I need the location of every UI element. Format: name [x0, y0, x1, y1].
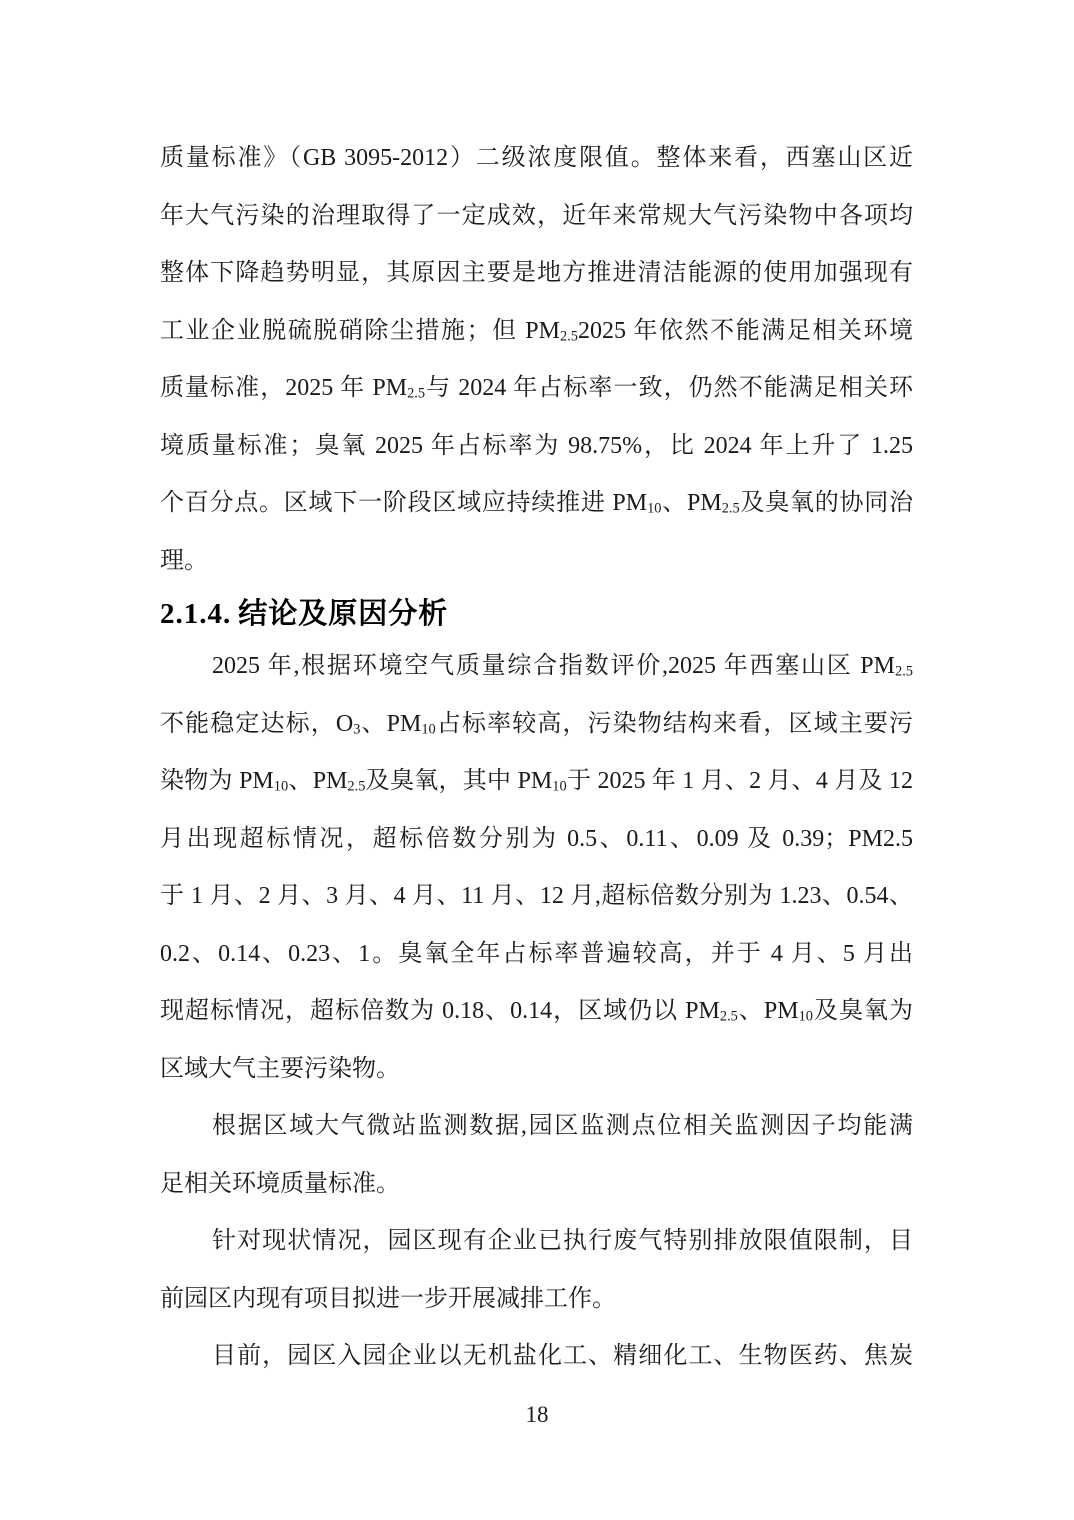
section-heading: 2.1.4.结论及原因分析	[160, 590, 913, 638]
subscript-text: 10	[647, 501, 661, 517]
subscript-text: 2.5	[560, 328, 578, 344]
text-line: 月出现超标情况，超标倍数分别为 0.5、0.11、0.09 及 0.39；PM2…	[160, 811, 913, 869]
text-line: 个百分点。区域下一阶段区域应持续推进 PM10、PM2.5及臭氧的协同治	[160, 475, 913, 533]
text-line: 年大气污染的治理取得了一定成效，近年来常规大气污染物中各项均	[160, 188, 913, 246]
document-page: 质量标准》（GB 3095-2012）二级浓度限值。整体来看，西塞山区近年大气污…	[0, 0, 1074, 1520]
text-line: 质量标准，2025 年 PM2.5与 2024 年占标率一致，仍然不能满足相关环	[160, 360, 913, 418]
text-line: 针对现状情况，园区现有企业已执行废气特别排放限值限制，目	[160, 1213, 913, 1271]
subscript-text: 10	[421, 721, 435, 737]
subscript-text: 3	[353, 721, 360, 737]
subscript-text: 2.5	[720, 1009, 738, 1025]
text-line: 质量标准》（GB 3095-2012）二级浓度限值。整体来看，西塞山区近	[160, 130, 913, 188]
subscript-text: 10	[274, 779, 288, 795]
text-line: 理。	[160, 533, 913, 591]
paragraph-enterprises: 目前，园区入园企业以无机盐化工、精细化工、生物医药、焦炭	[160, 1328, 913, 1386]
text-line: 境质量标准；臭氧 2025 年占标率为 98.75%，比 2024 年上升了 1…	[160, 418, 913, 476]
subscript-text: 10	[799, 1009, 813, 1025]
subscript-text: 2.5	[407, 386, 425, 402]
paragraph-conclusion: 2025 年,根据环境空气质量综合指数评价,2025 年西塞山区 PM2.5不能…	[160, 638, 913, 1098]
text-line: 前园区内现有项目拟进一步开展减排工作。	[160, 1271, 913, 1329]
text-line: 根据区域大气微站监测数据,园区监测点位相关监测因子均能满	[160, 1098, 913, 1156]
text-line: 工业企业脱硫脱硝除尘措施；但 PM2.52025 年依然不能满足相关环境	[160, 303, 913, 361]
text-line: 目前，园区入园企业以无机盐化工、精细化工、生物医药、焦炭	[160, 1328, 913, 1386]
text-line: 不能稳定达标，O3、PM10占标率较高，污染物结构来看，区域主要污	[160, 696, 913, 754]
paragraph-continuation: 质量标准》（GB 3095-2012）二级浓度限值。整体来看，西塞山区近年大气污…	[160, 130, 913, 590]
text-line: 区域大气主要污染物。	[160, 1041, 913, 1099]
page-number: 18	[0, 1402, 1074, 1428]
heading-title: 结论及原因分析	[238, 598, 448, 630]
subscript-text: 2.5	[347, 779, 365, 795]
subscript-text: 2.5	[895, 664, 913, 680]
subscript-text: 10	[552, 779, 566, 795]
text-line: 整体下降趋势明显，其原因主要是地方推进清洁能源的使用加强现有	[160, 245, 913, 303]
text-line: 染物为 PM10、PM2.5及臭氧，其中 PM10于 2025 年 1 月、2 …	[160, 753, 913, 811]
text-line: 2025 年,根据环境空气质量综合指数评价,2025 年西塞山区 PM2.5	[160, 638, 913, 696]
paragraph-microstation: 根据区域大气微站监测数据,园区监测点位相关监测因子均能满足相关环境质量标准。	[160, 1098, 913, 1213]
subscript-text: 2.5	[722, 501, 740, 517]
text-line: 于 1 月、2 月、3 月、4 月、11 月、12 月,超标倍数分别为 1.23…	[160, 868, 913, 926]
text-line: 现超标情况，超标倍数为 0.18、0.14，区域仍以 PM2.5、PM10及臭氧…	[160, 983, 913, 1041]
text-line: 足相关环境质量标准。	[160, 1156, 913, 1214]
heading-number: 2.1.4.	[160, 598, 231, 630]
paragraph-emission-limits: 针对现状情况，园区现有企业已执行废气特别排放限值限制，目前园区内现有项目拟进一步…	[160, 1213, 913, 1328]
document-content: 质量标准》（GB 3095-2012）二级浓度限值。整体来看，西塞山区近年大气污…	[160, 130, 913, 1386]
text-line: 0.2、0.14、0.23、1。臭氧全年占标率普遍较高，并于 4 月、5 月出	[160, 926, 913, 984]
